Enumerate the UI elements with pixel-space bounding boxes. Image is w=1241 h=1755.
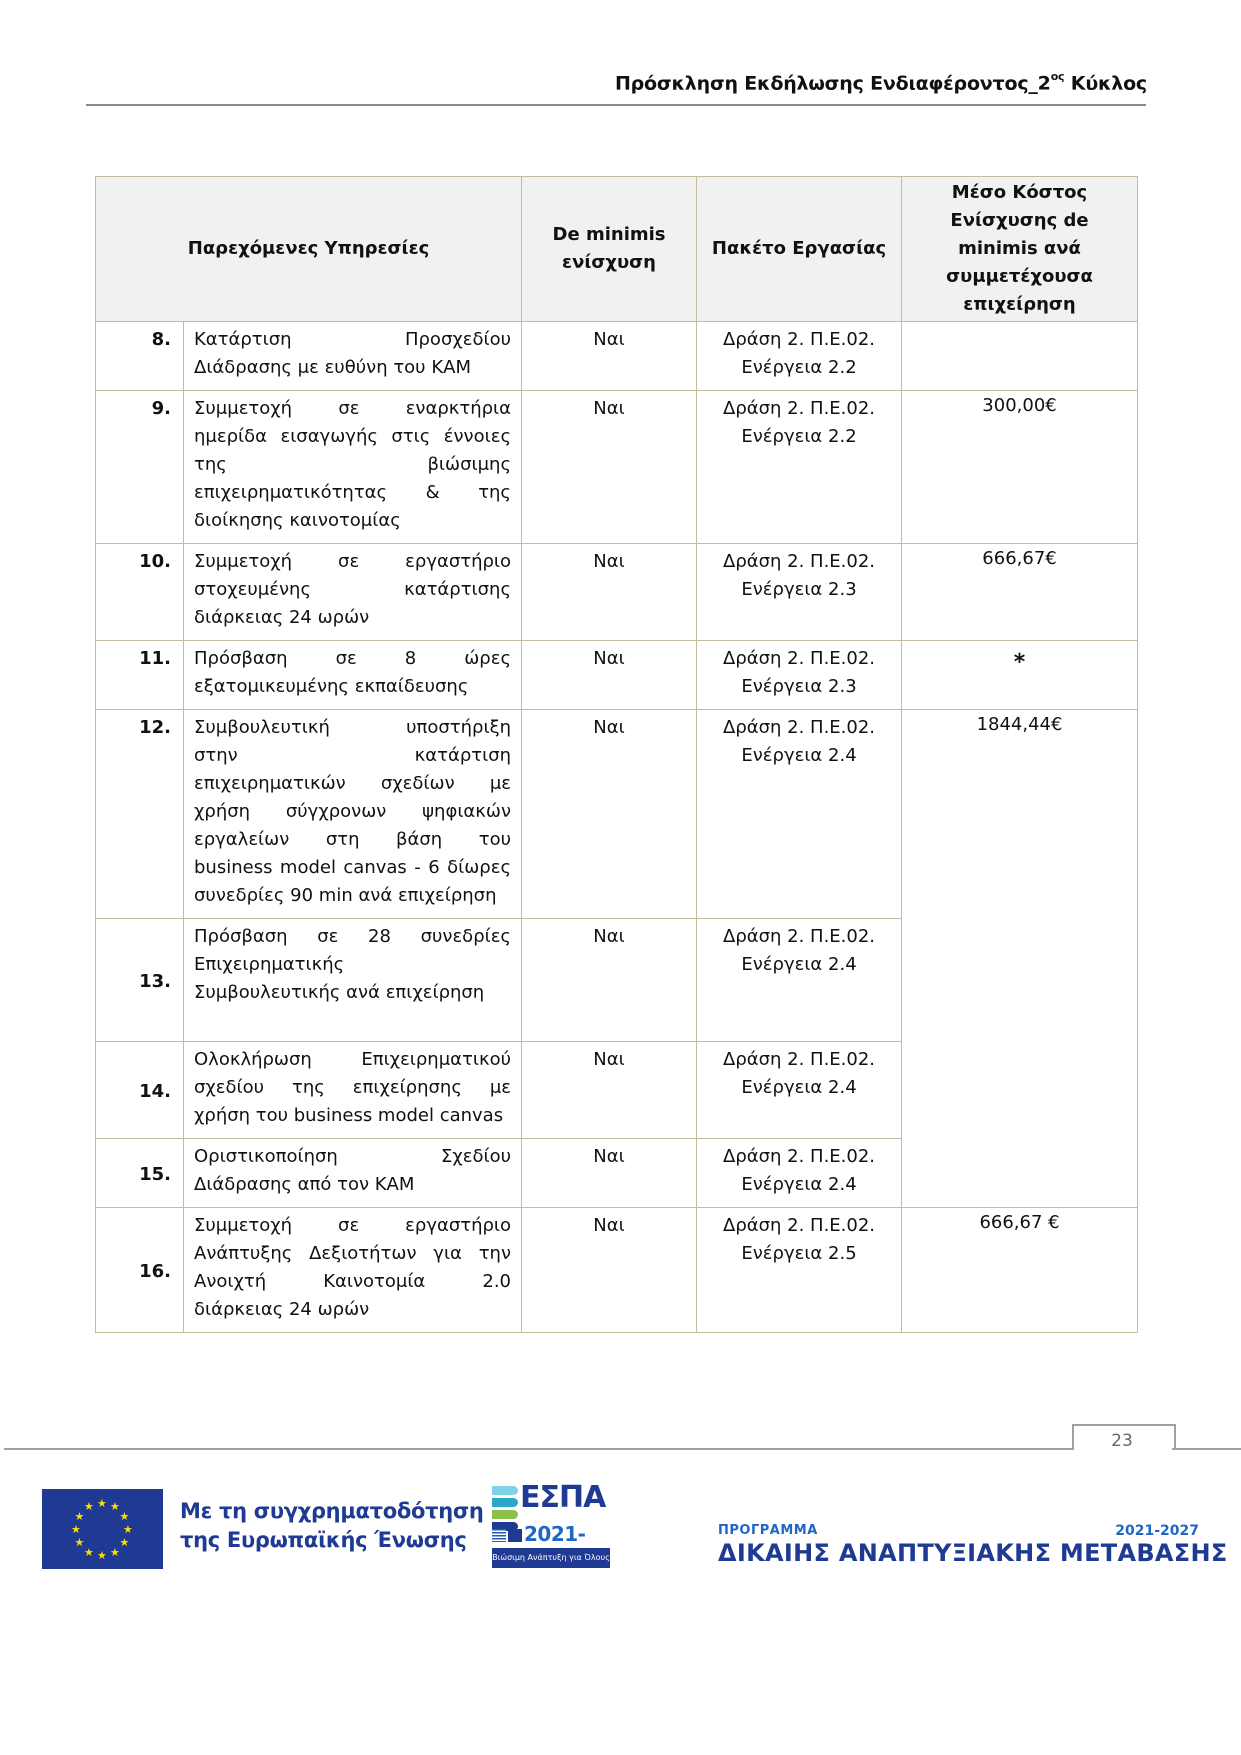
row-number: 9. <box>96 391 184 544</box>
work-package-action: Δράση 2. Π.Ε.02. <box>701 395 897 423</box>
description-line: στοχευμένης κατάρτισης <box>194 576 511 604</box>
de-minimis-value: Ναι <box>522 641 697 710</box>
work-package-action: Δράση 2. Π.Ε.02. <box>701 1212 897 1240</box>
de-minimis-value: Ναι <box>522 1208 697 1333</box>
work-package-action: Δράση 2. Π.Ε.02. <box>701 923 897 951</box>
de-minimis-value: Ναι <box>522 322 697 391</box>
work-package-activity: Ενέργεια 2.4 <box>701 951 897 979</box>
work-package-action: Δράση 2. Π.Ε.02. <box>701 326 897 354</box>
star-icon: ★ <box>74 1511 84 1522</box>
eu-flag-logo: ★★★★★★★★★★★★ <box>42 1489 163 1569</box>
star-icon: ★ <box>97 1550 107 1561</box>
description-line: εργαλείων στη βάση του <box>194 826 511 854</box>
row-number: 14. <box>96 1042 184 1139</box>
star-icon: ★ <box>71 1524 81 1535</box>
star-icon: ★ <box>120 1537 130 1548</box>
work-package: Δράση 2. Π.Ε.02.Ενέργεια 2.4 <box>697 1042 902 1139</box>
row-number: 11. <box>96 641 184 710</box>
avg-cost-value: * <box>902 641 1138 710</box>
description-line: Επιχειρηματικής <box>194 951 511 979</box>
table-row: 9.Συμμετοχή σε εναρκτήριαημερίδα εισαγωγ… <box>96 391 1138 544</box>
description-line: Συμμετοχή σε εργαστήριο <box>194 1212 511 1240</box>
footer-rule-right <box>1172 1448 1241 1450</box>
description-line: Πρόσβαση σε 8 ώρες <box>194 645 511 673</box>
work-package-action: Δράση 2. Π.Ε.02. <box>701 1046 897 1074</box>
description-line: Συμμετοχή σε εναρκτήρια <box>194 395 511 423</box>
de-minimis-value: Ναι <box>522 391 697 544</box>
table-row: 11.Πρόσβαση σε 8 ώρεςεξατομικευμένης εκπ… <box>96 641 1138 710</box>
star-icon: ★ <box>84 1501 94 1512</box>
col-header-package: Πακέτο Εργασίας <box>697 177 902 322</box>
description-line: ημερίδα εισαγωγής στις έννοιες <box>194 423 511 451</box>
eu-cofunding-text: Με τη συγχρηματοδότηση της Ευρωπαϊκής Έν… <box>180 1497 484 1555</box>
description-line: Κατάρτιση Προσχεδίου <box>194 326 511 354</box>
star-icon: ★ <box>110 1547 120 1558</box>
service-description: Οριστικοποίηση ΣχεδίουΔιάδρασης από τον … <box>184 1139 522 1208</box>
work-package-activity: Ενέργεια 2.2 <box>701 354 897 382</box>
star-icon: ★ <box>120 1511 130 1522</box>
header-title-end: Κύκλος <box>1064 72 1147 94</box>
service-description: Πρόσβαση σε 8 ώρεςεξατομικευμένης εκπαίδ… <box>184 641 522 710</box>
work-package-action: Δράση 2. Π.Ε.02. <box>701 645 897 673</box>
service-description: Συμβουλευτική υποστήριξηστην κατάρτισηεπ… <box>184 710 522 919</box>
work-package: Δράση 2. Π.Ε.02.Ενέργεια 2.3 <box>697 544 902 641</box>
description-line: Οριστικοποίηση Σχεδίου <box>194 1143 511 1171</box>
espa-title: ΕΣΠΑ <box>520 1480 605 1515</box>
work-package: Δράση 2. Π.Ε.02.Ενέργεια 2.4 <box>697 710 902 919</box>
description-line: εξατομικευμένης εκπαίδευσης <box>194 673 511 701</box>
de-minimis-value: Ναι <box>522 1042 697 1139</box>
description-line: διοίκησης καινοτομίας <box>194 507 511 535</box>
work-package: Δράση 2. Π.Ε.02.Ενέργεια 2.2 <box>697 322 902 391</box>
col-header-avg-cost: Μέσο Κόστος Ενίσχυσης de minimis ανά συμ… <box>902 177 1138 322</box>
service-description: Συμμετοχή σε εναρκτήριαημερίδα εισαγωγής… <box>184 391 522 544</box>
espa-logo: ΕΣΠΑ 2021-2027 Βιώσιμη Ανάπτυξη για Όλου… <box>488 1482 613 1572</box>
description-line: διάρκειας 24 ωρών <box>194 1296 511 1324</box>
description-line: επιχειρηματικών σχεδίων με <box>194 770 511 798</box>
description-line: Συμβουλευτική υποστήριξη <box>194 714 511 742</box>
description-line: επιχειρηματικότητας & της <box>194 479 511 507</box>
program-name: ΔΙΚΑΙΗΣ ΑΝΑΠΤΥΞΙΑΚΗΣ ΜΕΤΑΒΑΣΗΣ <box>718 1539 1228 1567</box>
star-icon: ★ <box>74 1537 84 1548</box>
work-package: Δράση 2. Π.Ε.02.Ενέργεια 2.2 <box>697 391 902 544</box>
program-years: 2021-2027 <box>1115 1523 1199 1539</box>
table-row: 12.Συμβουλευτική υποστήριξηστην κατάρτισ… <box>96 710 1138 919</box>
work-package-action: Δράση 2. Π.Ε.02. <box>701 714 897 742</box>
description-line: διάρκειας 24 ωρών <box>194 604 511 632</box>
star-icon: ★ <box>123 1524 133 1535</box>
description-line: Πρόσβαση σε 28 συνεδρίες <box>194 923 511 951</box>
table-row: 8.Κατάρτιση ΠροσχεδίουΔιάδρασης με ευθύν… <box>96 322 1138 391</box>
avg-cost-value <box>902 322 1138 391</box>
work-package-activity: Ενέργεια 2.5 <box>701 1240 897 1268</box>
star-icon: ★ <box>97 1498 107 1509</box>
work-package-activity: Ενέργεια 2.4 <box>701 1171 897 1199</box>
service-description: Συμμετοχή σε εργαστήριοΑνάπτυξης Δεξιοτή… <box>184 1208 522 1333</box>
star-icon: ★ <box>110 1501 120 1512</box>
footer-rule <box>4 1448 1072 1450</box>
service-description: Συμμετοχή σε εργαστήριοστοχευμένης κατάρ… <box>184 544 522 641</box>
description-line: της βιώσιμης <box>194 451 511 479</box>
work-package-activity: Ενέργεια 2.3 <box>701 673 897 701</box>
description-line: Ανάπτυξης Δεξιοτήτων για την <box>194 1240 511 1268</box>
description-line: Διάδρασης με ευθύνη του ΚΑΜ <box>194 354 511 382</box>
work-package-action: Δράση 2. Π.Ε.02. <box>701 548 897 576</box>
row-number: 16. <box>96 1208 184 1333</box>
espa-slogan: Βιώσιμη Ανάπτυξη για Όλους <box>492 1548 610 1568</box>
de-minimis-value: Ναι <box>522 710 697 919</box>
description-line: Συμμετοχή σε εργαστήριο <box>194 548 511 576</box>
avg-cost-value: 666,67€ <box>902 544 1138 641</box>
program-label: ΠΡΟΓΡΑΜΜΑ <box>718 1523 818 1538</box>
avg-cost-value: 1844,44€ <box>902 710 1138 1208</box>
header-title-sup: ος <box>1051 70 1065 83</box>
services-table: Παρεχόμενες Υπηρεσίες De minimis ενίσχυσ… <box>95 176 1138 1333</box>
work-package-activity: Ενέργεια 2.4 <box>701 742 897 770</box>
avg-cost-value: 300,00€ <box>902 391 1138 544</box>
star-icon: ★ <box>84 1547 94 1558</box>
header-rule <box>86 104 1146 106</box>
work-package: Δράση 2. Π.Ε.02.Ενέργεια 2.5 <box>697 1208 902 1333</box>
row-number: 10. <box>96 544 184 641</box>
description-line: σχεδίου της επιχείρησης με <box>194 1074 511 1102</box>
description-line: χρήση σύγχρονων ψηφιακών <box>194 798 511 826</box>
page-number: 23 <box>1072 1431 1172 1451</box>
description-line: συνεδρίες 90 min ανά επιχείρηση <box>194 882 511 910</box>
work-package-activity: Ενέργεια 2.2 <box>701 423 897 451</box>
service-description: Κατάρτιση ΠροσχεδίουΔιάδρασης με ευθύνη … <box>184 322 522 391</box>
row-number: 8. <box>96 322 184 391</box>
service-description: Πρόσβαση σε 28 συνεδρίεςΕπιχειρηματικήςΣ… <box>184 919 522 1042</box>
work-package-activity: Ενέργεια 2.3 <box>701 576 897 604</box>
description-line: Διάδρασης από τον ΚΑΜ <box>194 1171 511 1199</box>
service-description: Ολοκλήρωση Επιχειρηματικούσχεδίου της επ… <box>184 1042 522 1139</box>
description-line: Συμβουλευτικής ανά επιχείρηση <box>194 979 511 1007</box>
work-package: Δράση 2. Π.Ε.02.Ενέργεια 2.4 <box>697 1139 902 1208</box>
work-package: Δράση 2. Π.Ε.02.Ενέργεια 2.4 <box>697 919 902 1042</box>
description-line: στην κατάρτιση <box>194 742 511 770</box>
description-line: business model canvas - 6 δίωρες <box>194 854 511 882</box>
row-number: 12. <box>96 710 184 919</box>
running-header: Πρόσκληση Εκδήλωσης Ενδιαφέροντος_2ος Κύ… <box>615 72 1147 94</box>
de-minimis-value: Ναι <box>522 919 697 1042</box>
row-number: 13. <box>96 919 184 1042</box>
col-header-services: Παρεχόμενες Υπηρεσίες <box>96 177 522 322</box>
eu-text-line-2: της Ευρωπαϊκής Ένωσης <box>180 1526 484 1555</box>
header-title-main: Πρόσκληση Εκδήλωσης Ενδιαφέροντος_2 <box>615 72 1051 94</box>
de-minimis-value: Ναι <box>522 544 697 641</box>
description-line: Ολοκλήρωση Επιχειρηματικού <box>194 1046 511 1074</box>
table-row: 16.Συμμετοχή σε εργαστήριοΑνάπτυξης Δεξι… <box>96 1208 1138 1333</box>
espa-waves-icon <box>492 1486 518 1532</box>
row-number: 15. <box>96 1139 184 1208</box>
work-package-action: Δράση 2. Π.Ε.02. <box>701 1143 897 1171</box>
work-package: Δράση 2. Π.Ε.02.Ενέργεια 2.3 <box>697 641 902 710</box>
description-line: χρήση του business model canvas <box>194 1102 511 1130</box>
eu-text-line-1: Με τη συγχρηματοδότηση <box>180 1497 484 1526</box>
flags-icon <box>492 1529 522 1542</box>
de-minimis-value: Ναι <box>522 1139 697 1208</box>
avg-cost-value: 666,67 € <box>902 1208 1138 1333</box>
table-row: 10.Συμμετοχή σε εργαστήριοστοχευμένης κα… <box>96 544 1138 641</box>
work-package-activity: Ενέργεια 2.4 <box>701 1074 897 1102</box>
description-line: Ανοιχτή Καινοτομία 2.0 <box>194 1268 511 1296</box>
col-header-de-minimis: De minimis ενίσχυση <box>522 177 697 322</box>
